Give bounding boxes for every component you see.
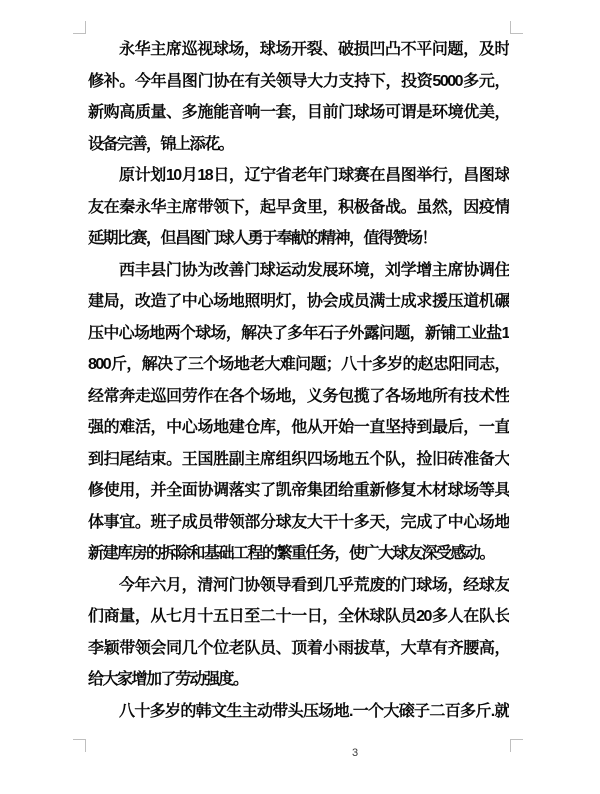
- text-line: 新购高质量、多施能音响一套，目前门球场可谓是环境优美，: [88, 97, 509, 129]
- text-line: 修使用，并全面协调落实了凯帝集团给重新修复木材球场等具: [88, 475, 509, 507]
- document-page: 永华主席巡视球场，球场开裂、破损凹凸不平问题，及时修补。今年昌图门协在有关领导大…: [0, 0, 600, 794]
- crop-mark-bottom-left: [73, 739, 86, 752]
- crop-mark-top-left: [73, 21, 86, 34]
- text-line: 给大家增加了劳动强度。: [88, 664, 509, 696]
- text-line: 设备完善，锦上添花。: [88, 129, 509, 161]
- crop-mark-bottom-right: [510, 739, 523, 752]
- text-line: 西丰县门协为改善门球运动发展环境，刘学增主席协调住: [88, 255, 509, 287]
- text-body: 永华主席巡视球场，球场开裂、破损凹凸不平问题，及时修补。今年昌图门协在有关领导大…: [88, 34, 509, 727]
- page-number: 3: [348, 747, 362, 759]
- text-line: 建局，改造了中心场地照明灯，协会成员满士成求援压道机碾: [88, 286, 509, 318]
- text-line: 强的难活，中心场地建仓库，他从开始一直坚持到最后，一直: [88, 412, 509, 444]
- text-line: 原计划10月18日，辽宁省老年门球赛在昌图举行，昌图球: [88, 160, 509, 192]
- text-line: 今年六月，清河门协领导看到几乎荒废的门球场，经球友: [88, 570, 509, 602]
- text-line: 八十多岁的韩文生主动带头压场地.一个大磙子二百多斤.就: [88, 696, 509, 728]
- text-line: 新建库房的拆除和基础工程的繁重任务，使广大球友深受感动。: [88, 538, 509, 570]
- text-line: 经常奔走巡回劳作在各个场地，义务包揽了各场地所有技术性: [88, 381, 509, 413]
- crop-mark-top-right: [510, 21, 523, 34]
- text-line: 延期比赛，但昌图门球人勇于奉献的精神，值得赞场！: [88, 223, 509, 255]
- text-line: 体事宜。班子成员带领部分球友大干十多天，完成了中心场地: [88, 507, 509, 539]
- text-line: 到扫尾结束。王国胜副主席组织四场地五个队，捡旧砖准备大: [88, 444, 509, 476]
- text-line: 修补。今年昌图门协在有关领导大力支持下，投资5000多元，: [88, 66, 509, 98]
- text-line: 800斤，解决了三个场地老大难问题；八十多岁的赵忠阳同志，: [88, 349, 509, 381]
- text-line: 们商量，从七月十五日至二十一日，全休球队员20多人在队长: [88, 601, 509, 633]
- text-line: 李颖带领会同几个位老队员、顶着小雨拔草，大草有齐腰高，: [88, 633, 509, 665]
- text-line: 压中心场地两个球场，解决了多年石子外露问题，新铺工业盐1: [88, 318, 509, 350]
- text-line: 永华主席巡视球场，球场开裂、破损凹凸不平问题，及时: [88, 34, 509, 66]
- text-line: 友在秦永华主席带领下，起早贪里，积极备战。虽然，因疫情: [88, 192, 509, 224]
